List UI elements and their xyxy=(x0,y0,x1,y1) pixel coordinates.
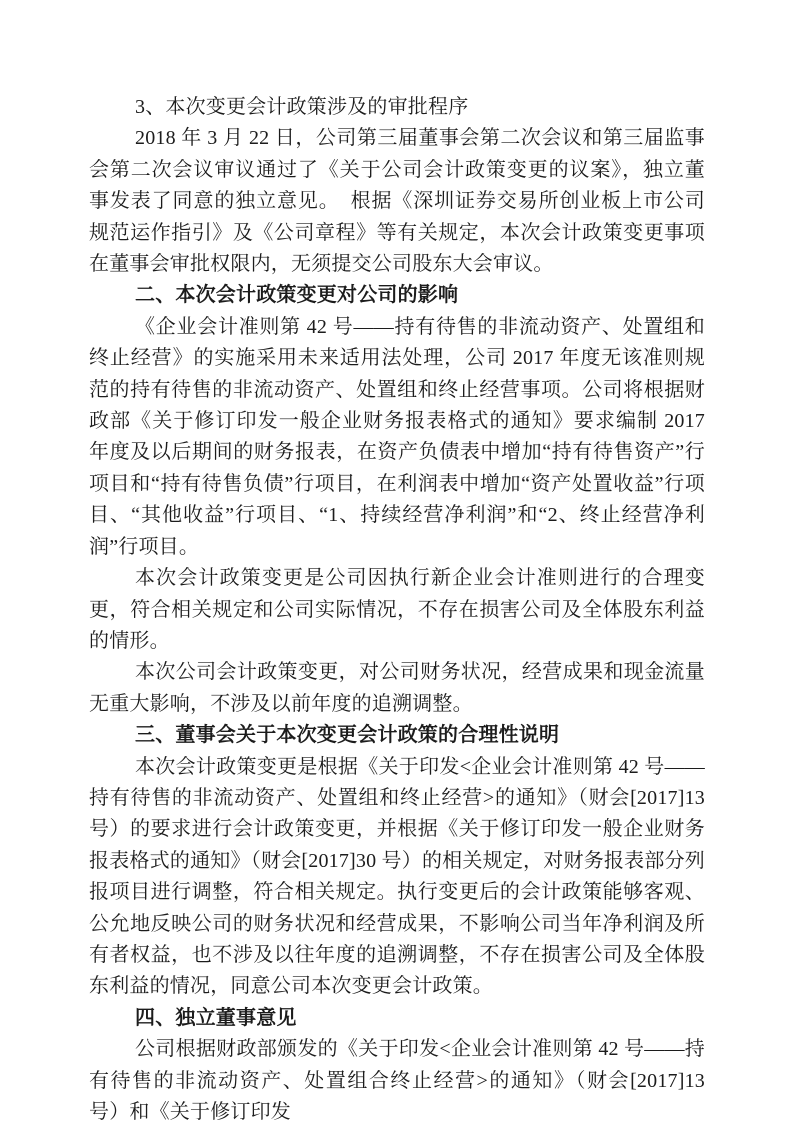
section-3-heading: 三、董事会关于本次变更会计政策的合理性说明 xyxy=(89,720,705,751)
section-3-subheading: 3、本次变更会计政策涉及的审批程序 xyxy=(89,92,705,123)
document-page: 3、本次变更会计政策涉及的审批程序 2018 年 3 月 22 日，公司第三届董… xyxy=(0,0,793,1122)
impact-paragraph-2: 本次会计政策变更是公司因执行新企业会计准则进行的合理变更，符合相关规定和公司实际… xyxy=(89,563,705,657)
document-content: 3、本次变更会计政策涉及的审批程序 2018 年 3 月 22 日，公司第三届董… xyxy=(89,92,705,1122)
approval-procedure-paragraph: 2018 年 3 月 22 日，公司第三届董事会第二次会议和第三届监事会第二次会… xyxy=(89,123,705,280)
independent-directors-paragraph: 公司根据财政部颁发的《关于印发<企业会计准则第 42 号——持有待售的非流动资产… xyxy=(89,1034,705,1122)
section-2-heading: 二、本次会计政策变更对公司的影响 xyxy=(89,280,705,311)
section-4-heading: 四、独立董事意见 xyxy=(89,1003,705,1034)
board-rationality-paragraph: 本次会计政策变更是根据《关于印发<企业会计准则第 42 号——持有待售的非流动资… xyxy=(89,752,705,1003)
impact-paragraph-3: 本次公司会计政策变更，对公司财务状况，经营成果和现金流量无重大影响，不涉及以前年… xyxy=(89,657,705,720)
impact-paragraph-1: 《企业会计准则第 42 号——持有待售的非流动资产、处置组和终止经营》的实施采用… xyxy=(89,312,705,563)
